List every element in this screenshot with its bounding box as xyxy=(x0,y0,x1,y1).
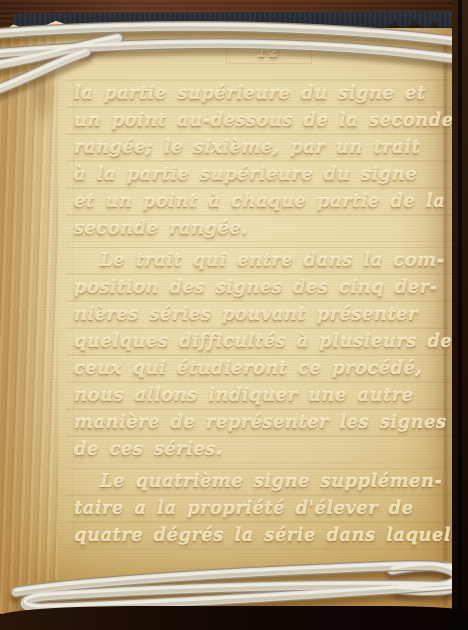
text-line: seconde rangée. xyxy=(74,215,448,242)
text-line: de ces séries. xyxy=(74,436,448,463)
shadow-gap xyxy=(458,0,462,630)
text-line: à la partie supérieure du signe xyxy=(74,161,448,188)
wood-table-bottom xyxy=(0,606,468,630)
text-line: Le trait qui entre dans la com- xyxy=(74,247,448,274)
paper-stain xyxy=(28,56,56,130)
page-number: 12 xyxy=(257,45,282,60)
text-line: et un point à chaque partie de la xyxy=(74,188,448,215)
text-line: nières séries pouvant présenter xyxy=(74,301,448,328)
text-line: la partie supérieure du signe et xyxy=(74,80,448,107)
text-line: position des signes des cinq der- xyxy=(74,274,448,301)
text-line: rangée; le sixième, par un trait xyxy=(74,134,448,161)
wood-table-right xyxy=(452,0,468,630)
text-line: nous allons indiquer une autre xyxy=(74,382,448,409)
text-line: quelques difficultés à plusieurs de xyxy=(74,328,448,355)
text-block: la partie supérieure du signe etun point… xyxy=(74,80,448,549)
text-line: ceux qui étudieront ce procédé, xyxy=(74,355,448,382)
text-line: Le quatrième signe supplémen- xyxy=(74,468,448,495)
text-line: quatre dégrés la série dans laquel- xyxy=(74,522,448,549)
page-number-plate-mark: 12 xyxy=(226,40,312,64)
text-line: manière de représenter les signes xyxy=(74,409,448,436)
photo-of-embossed-book: 12 la partie supérieure du signe etun po… xyxy=(0,0,468,630)
text-line: un point au-dessous de la seconde xyxy=(74,107,448,134)
text-line: taire a la propriété d'élever de xyxy=(74,495,448,522)
